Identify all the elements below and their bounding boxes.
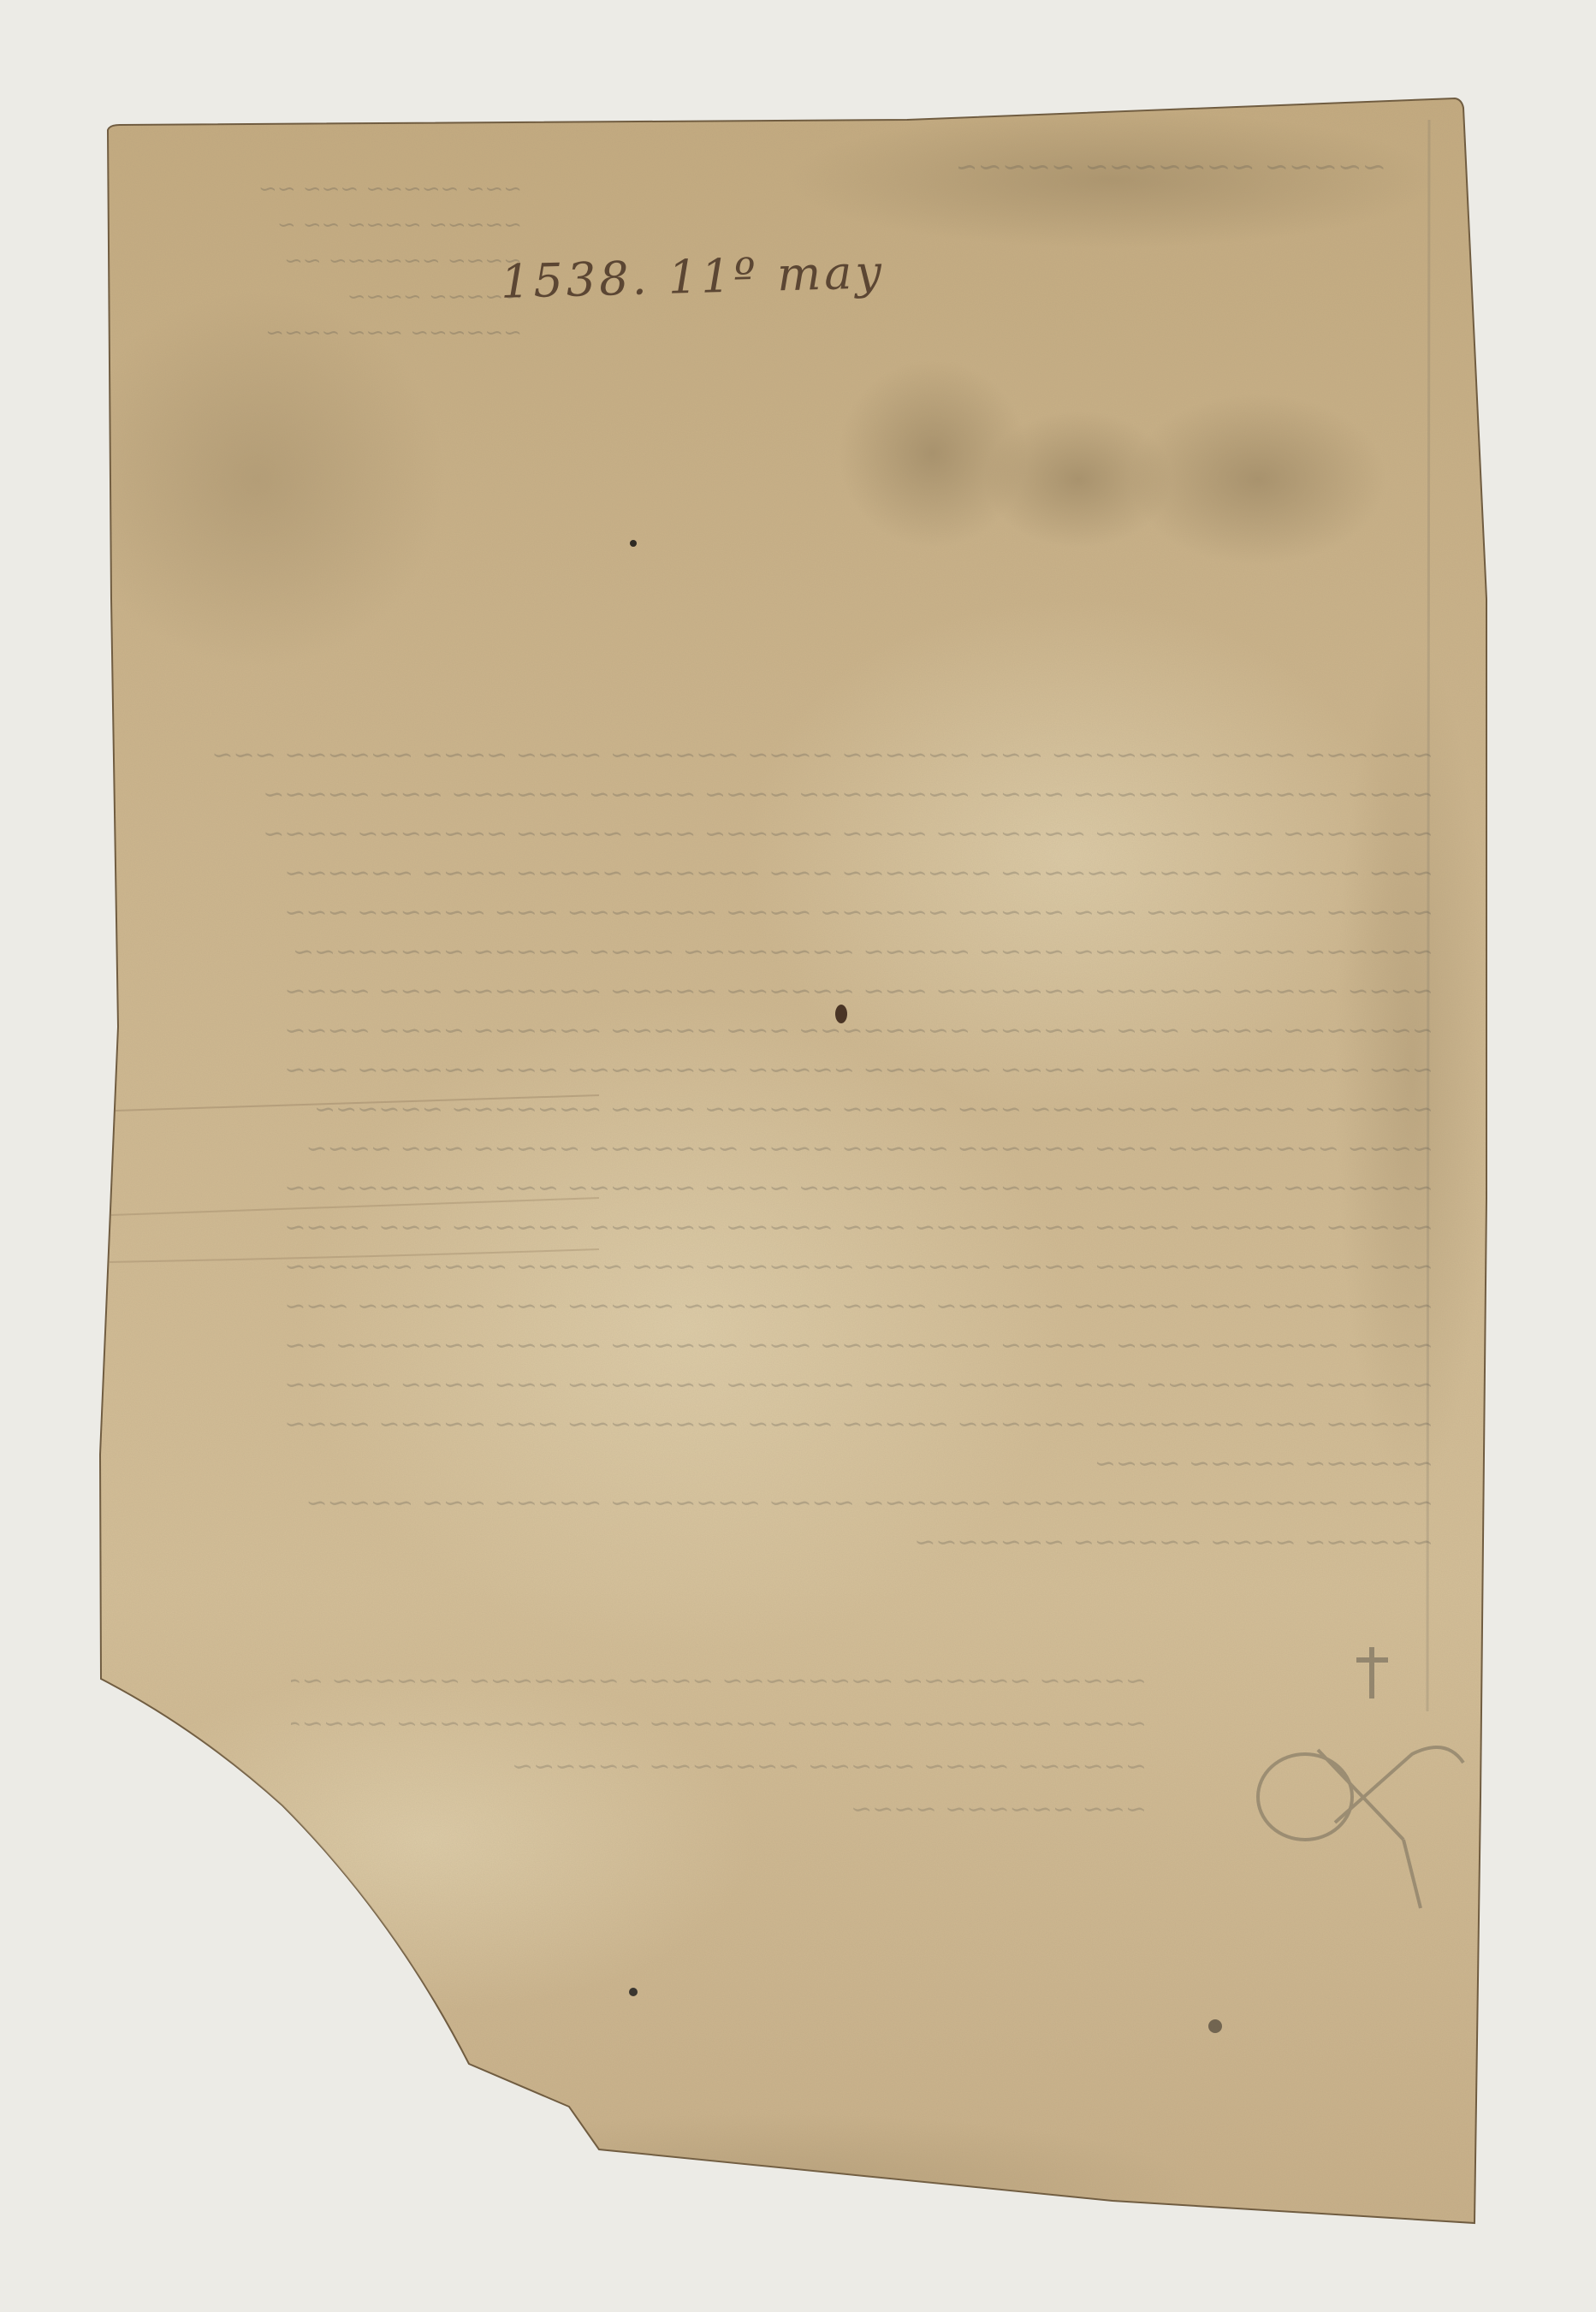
margin-note-line: ~~~ ~~~~~ ~~~ ~~ xyxy=(145,171,522,207)
body-text-line: ~~~~~~~ ~~~ ~~~~~ ~~~~~~~ ~~~~ ~~~~~~ ~~… xyxy=(150,815,1433,854)
body-text-line: ~~~~~~~ ~~~~ ~~~ ~~~~~~ ~~~~~~~~ ~~~ ~~~… xyxy=(150,1011,1433,1051)
body-text-line: ~~~~ ~~~~~~~ ~~~ ~~~~~ ~~~~~~ ~~~~ ~~~~~… xyxy=(150,1484,1433,1523)
ink-spot xyxy=(1208,2019,1222,2033)
margin-note-line: ~~~~~ ~~~~ ~~ ~ xyxy=(145,207,522,243)
body-text-line: ~~~~~~ ~~~~~~~ ~~~ ~~~~~ ~~~~ ~~~~~~ ~~~… xyxy=(150,1366,1433,1405)
document-scan: ~~~ ~~~~~ ~~~ ~~ ~~~~~ ~~~~ ~~ ~ ~~~~ ~~… xyxy=(0,0,1596,2312)
top-right-note: ~~~~~ ~~~~~~~ ~~~~~ xyxy=(958,150,1386,184)
body-text-line: ~~~~~ ~~~~~~ ~~~~ ~~~~~~~~ ~~~ ~~~~~ ~~~… xyxy=(150,1208,1433,1248)
body-text-line: ~~~~~~ ~~~~ ~~~~~~ ~~~~~~~ xyxy=(150,1523,1433,1562)
body-text-line: ~~~~ ~~~~~~ ~~~~ ~~~~~ ~~~~~~~~ ~~~ ~~~~… xyxy=(150,1326,1433,1366)
margin-note-line: ~~~~~ ~~~~ xyxy=(145,279,522,315)
body-text-line: ~~~~~~~ ~~~ ~~~~~~ ~~~~~ ~~~~~~~ ~~~~ ~~… xyxy=(150,1169,1433,1208)
body-text-line: ~~~~ ~~~~~~~~ ~~~ ~~~~~~ ~~~~~ ~~~~ ~~~~… xyxy=(150,1129,1433,1169)
body-text-line: ~~~~ ~~~~~ ~~~~~~ ~~~~~~~ ~~~ ~~~~~~ ~~~… xyxy=(150,972,1433,1011)
body-text-line: ~~~~~~ ~~~~~ ~~~~ xyxy=(150,1444,1433,1484)
body-text-line: ~~~~~~~~ ~~~ ~~~~~ ~~~~~~ ~~~~ ~~~~~~~ ~… xyxy=(150,1287,1433,1326)
body-text-line: ~~~~~~ ~~~~ ~~~~~~~ ~~~ ~~~~~~ ~~~~ ~~~~… xyxy=(150,736,1433,775)
subscription-block: ~~~~~ ~~~~~~ ~~~~~~~~ ~~~~ ~~~~~~~ ~~~~~… xyxy=(291,1660,1147,1831)
ink-spot xyxy=(630,540,637,547)
body-text-line: ~~~ ~~~~~ ~~~~~~~ ~~~~ ~~~~~~ ~~~~~~~ ~~… xyxy=(150,1248,1433,1287)
subscription-line: ~~~~~~ ~~~~ ~~~~~ ~~~~~~~ ~~~~~~ xyxy=(291,1746,1147,1788)
body-text: ~~~~~~ ~~~~ ~~~~~~~ ~~~ ~~~~~~ ~~~~ ~~~~… xyxy=(150,736,1433,1562)
body-text-line: ~~~~~ ~~~ ~~~~~~~ ~~~~~~ ~~~~~ ~~~~ ~~~~… xyxy=(150,1405,1433,1444)
subscription-line: ~~~~ ~~~~~~~ ~~~~~ ~~~~~~ ~~~ ~~~~~~~~ ~… xyxy=(291,1703,1147,1746)
margin-notes: ~~~ ~~~~~ ~~~ ~~ ~~~~~ ~~~~ ~~ ~ ~~~~ ~~… xyxy=(145,171,522,351)
margin-note-line: ~~~~ ~~~~~~ ~~ xyxy=(145,243,522,279)
body-text-line: ~~~~~~ ~~~ ~~~~~~~ ~~~~ ~~~~~ ~~~~~~~~ ~… xyxy=(150,933,1433,972)
date-annotation: 1538. 11º may xyxy=(500,245,885,309)
body-text-line: ~~~ ~~~~~~~ ~~~~~ ~~~~ ~~~~~~ ~~~~~ ~~~~… xyxy=(150,1051,1433,1090)
ink-spot xyxy=(629,1988,638,1996)
body-text-line: ~~~ ~~~~~~ ~~~~ ~~~~~~ ~~~~~~~ ~~~ ~~~~~… xyxy=(150,854,1433,893)
subscription-line: ~~~~~ ~~~~~~ ~~~~~~~~ ~~~~ ~~~~~~~ ~~~~~… xyxy=(291,1660,1147,1703)
body-text-line: ~~~~~ ~~~~~~~~ ~~~ ~~~~~ ~~~~~~ ~~~~ ~~~… xyxy=(150,893,1433,933)
body-text-line: ~~~~ ~~~~~~~ ~~~~~ ~~~~ ~~~~~~~~ ~~~~ ~~… xyxy=(150,775,1433,815)
body-text-line: ~~~~~~ ~~~~~ ~~~~~~~ ~~~ ~~~~~ ~~~~~~ ~~… xyxy=(150,1090,1433,1129)
subscription-line: ~~~ ~~~~~~ ~~~~ xyxy=(291,1788,1147,1831)
margin-note-line: ~~~~~~ ~~~ ~~~~ xyxy=(145,315,522,351)
